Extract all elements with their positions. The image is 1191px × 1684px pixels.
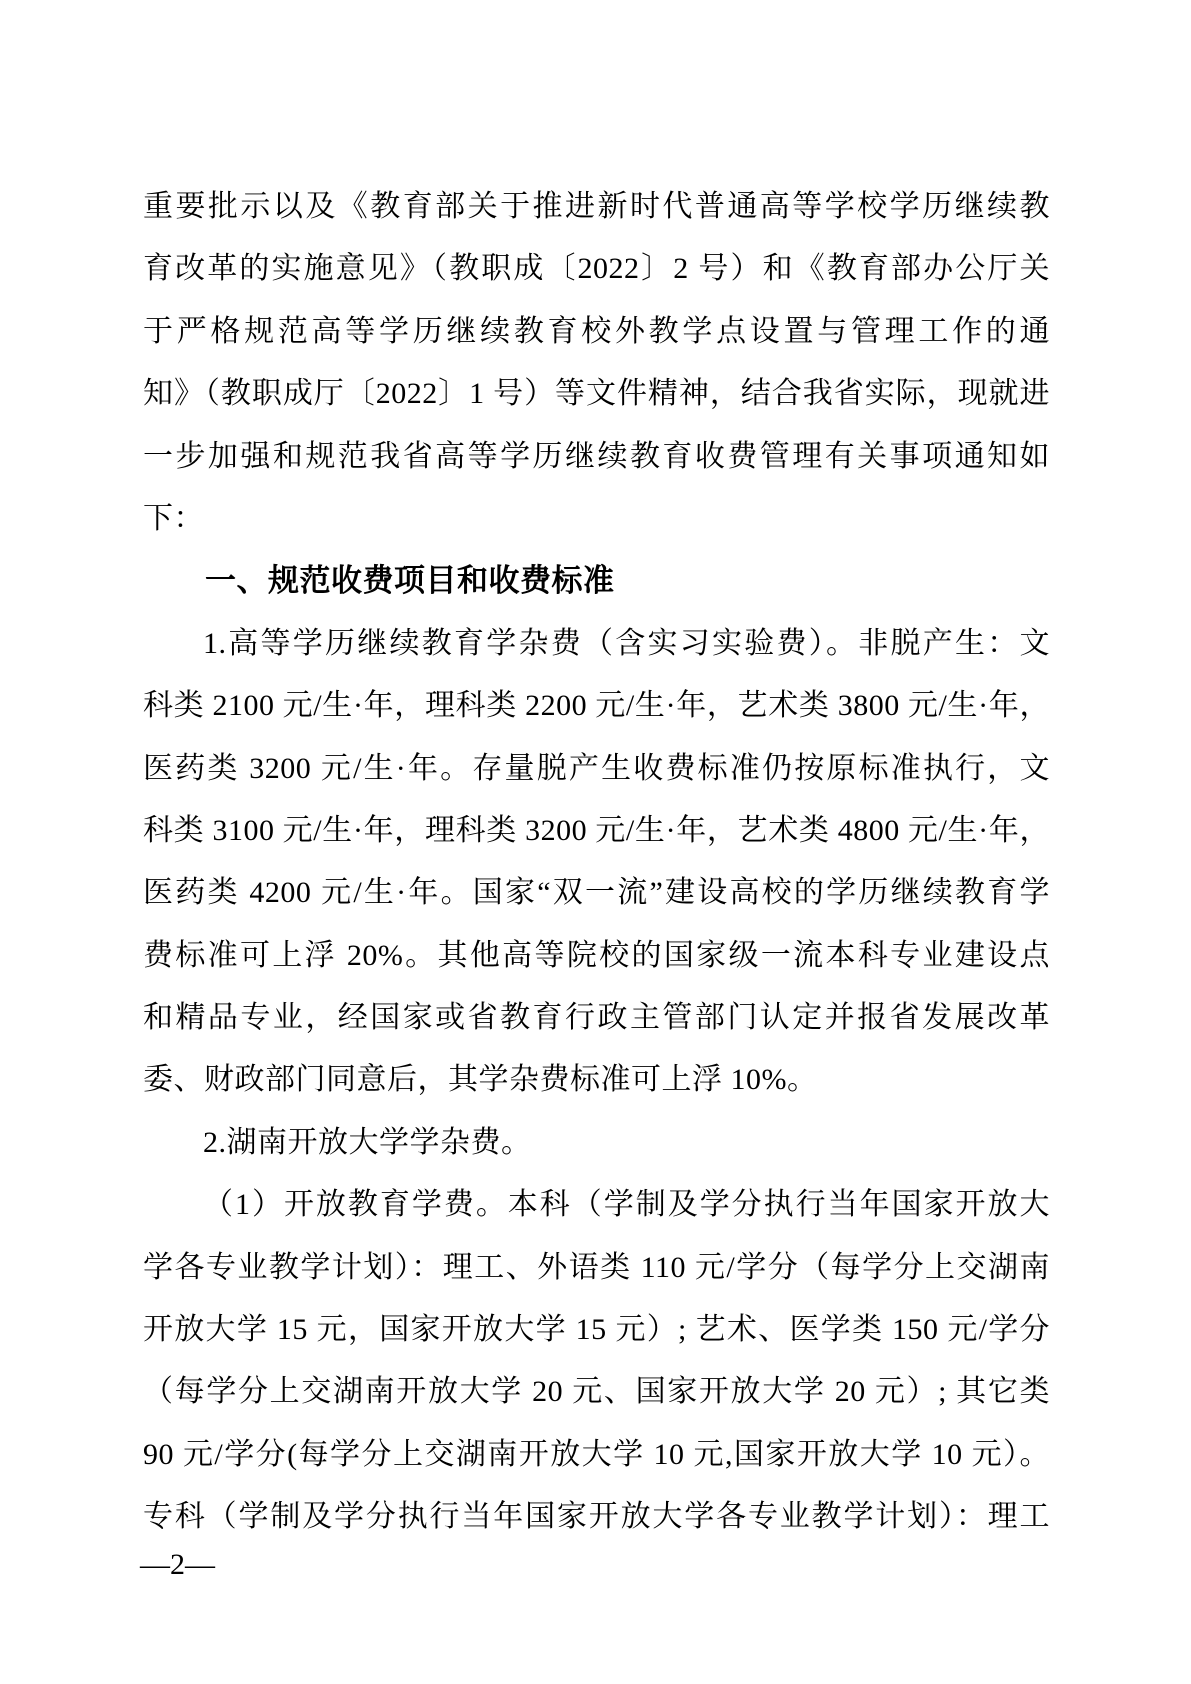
text-line: 1.高等学历继续教育学杂费（含实习实验费）。非脱产生：文 xyxy=(143,613,1050,675)
text-line: 科类 2100 元/生·年，理科类 2200 元/生·年，艺术类 3800 元/… xyxy=(143,675,1050,737)
text-line: 学各专业教学计划）：理工、外语类 110 元/学分（每学分上交湖南 xyxy=(143,1237,1050,1299)
text-line: 一步加强和规范我省高等学历继续教育收费管理有关事项通知如 xyxy=(143,426,1050,488)
text-line: （每学分上交湖南开放大学 20 元、国家开放大学 20 元）; 其它类 xyxy=(143,1361,1050,1423)
text-line: 医药类 3200 元/生·年。存量脱产生收费标准仍按原标准执行，文 xyxy=(143,738,1050,800)
text-line: 费标准可上浮 20%。其他高等院校的国家级一流本科专业建设点 xyxy=(143,925,1050,987)
text-line: 医药类 4200 元/生·年。国家“双一流”建设高校的学历继续教育学 xyxy=(143,862,1050,924)
text-line: 育改革的实施意见》（教职成〔2022〕2 号）和《教育部办公厅关 xyxy=(143,238,1050,300)
text-line: 开放大学 15 元，国家开放大学 15 元）; 艺术、医学类 150 元/学分 xyxy=(143,1299,1050,1361)
document-page: 重要批示以及《教育部关于推进新时代普通高等学校学历继续教育改革的实施意见》（教职… xyxy=(0,0,1191,1684)
text-block: 重要批示以及《教育部关于推进新时代普通高等学校学历继续教育改革的实施意见》（教职… xyxy=(143,176,1050,1549)
page-number: —2— xyxy=(140,1545,215,1585)
text-line: 重要批示以及《教育部关于推进新时代普通高等学校学历继续教 xyxy=(143,176,1050,238)
text-line: 知》（教职成厅〔2022〕1 号）等文件精神，结合我省实际，现就进 xyxy=(143,363,1050,425)
text-line: 2.湖南开放大学学杂费。 xyxy=(143,1112,1050,1174)
text-line: 委、财政部门同意后，其学杂费标准可上浮 10%。 xyxy=(143,1049,1050,1111)
text-line: 和精品专业，经国家或省教育行政主管部门认定并报省发展改革 xyxy=(143,987,1050,1049)
text-line: 科类 3100 元/生·年，理科类 3200 元/生·年，艺术类 4800 元/… xyxy=(143,800,1050,862)
text-line: 专科（学制及学分执行当年国家开放大学各专业教学计划）：理工 xyxy=(143,1486,1050,1548)
text-line: （1）开放教育学费。本科（学制及学分执行当年国家开放大 xyxy=(143,1174,1050,1236)
text-line: 90 元/学分(每学分上交湖南开放大学 10 元,国家开放大学 10 元）。 xyxy=(143,1424,1050,1486)
text-line: 于严格规范高等学历继续教育校外教学点设置与管理工作的通 xyxy=(143,301,1050,363)
section-heading: 一、规范收费项目和收费标准 xyxy=(143,550,1050,612)
text-line: 下： xyxy=(143,488,1050,550)
